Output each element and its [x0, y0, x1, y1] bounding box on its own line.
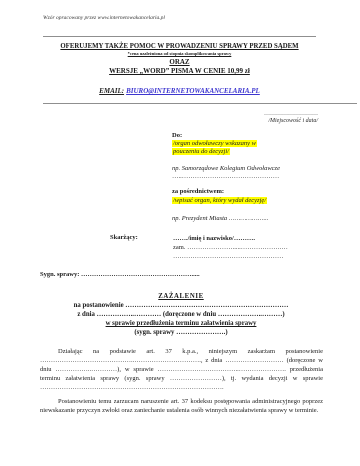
dateline-dots: ………………………: [264, 111, 318, 118]
body-paragraph-1: Działając na podstawie art. 37 k.p.a., n…: [40, 347, 323, 392]
complainant-values: ……./imię i nazwisko/………. zam. …………………...…: [173, 234, 288, 261]
complainant-label: Skarżący:: [110, 234, 138, 241]
promo-word-offer: WERSJE „WORD” PISMA W CENIE 10,99 zł: [43, 67, 316, 75]
title-line2: z dnia ……………..………… (doręczone w dniu …………: [40, 310, 322, 319]
document-title: ZAŻALENIE: [40, 292, 322, 301]
promo-headline: OFERUJEMY TAKŻE POMOC W PROWADZENIU SPRA…: [43, 43, 316, 50]
complainant-address-line1: zam. ………………….....……………….…: [173, 243, 288, 252]
highlighted-appeal-organ-line2: pouczeniu do decyzji/: [172, 148, 280, 156]
body-text: Działając na podstawie art. 37 k.p.a., n…: [40, 347, 323, 415]
document-page: Wzór opracowany przez www.internetowakan…: [0, 0, 360, 466]
title-line3: w sprawie przedłużenia terminu załatwien…: [40, 319, 322, 328]
email-link[interactable]: BIURO@INTERNETOWAKANCELARIA.PL: [126, 87, 260, 95]
via-example: np. Prezydent Miasta ………………...: [172, 215, 280, 223]
highlighted-appeal-organ-line1: /organ odwoławczy wskazany w: [172, 140, 280, 148]
to-label: Do:: [172, 132, 280, 140]
title-line1: na postanowienie ………………………………………………………………: [40, 301, 322, 310]
title-block: ZAŻALENIE na postanowienie ……………………………………: [40, 292, 322, 337]
email-label: EMAIL:: [99, 87, 124, 95]
highlighted-issuing-organ: /wpisać organ, który wydał decyzję/: [172, 197, 280, 205]
promo-block: OFERUJEMY TAKŻE POMOC W PROWADZENIU SPRA…: [43, 43, 316, 95]
dateline-caption: /Miejscowość i data/: [264, 118, 318, 125]
addressee-dots: …..………………………………………: [172, 173, 280, 181]
complainant-address-line2: ……………………………………………: [173, 252, 288, 261]
addressee-example: np. Samorządowe Kolegium Odwoławcze: [172, 165, 280, 173]
divider-top: [43, 36, 316, 37]
email-line: EMAIL:BIURO@INTERNETOWAKANCELARIA.PL: [43, 87, 316, 95]
promo-footnote: *cena uzależniona od stopnia skomplikowa…: [43, 51, 316, 56]
divider-middle: [43, 103, 357, 104]
addressee-block: Do: /organ odwoławczy wskazany w pouczen…: [172, 132, 280, 223]
promo-oraz: ORAZ: [43, 58, 316, 66]
dateline-block: ……………………… /Miejscowość i data/: [264, 111, 318, 125]
via-label: za pośrednictwem:: [172, 188, 280, 196]
case-reference-line: Sygn. sprawy: …………………………………………….....: [40, 271, 200, 278]
title-line4: (sygn. sprawy ………………….): [40, 328, 322, 337]
complainant-name-line: ……./imię i nazwisko/……….: [173, 234, 288, 243]
body-paragraph-2: Postanowieniu temu zarzucam naruszenie a…: [40, 397, 323, 415]
credit-note: Wzór opracowany przez www.internetowakan…: [43, 15, 165, 21]
